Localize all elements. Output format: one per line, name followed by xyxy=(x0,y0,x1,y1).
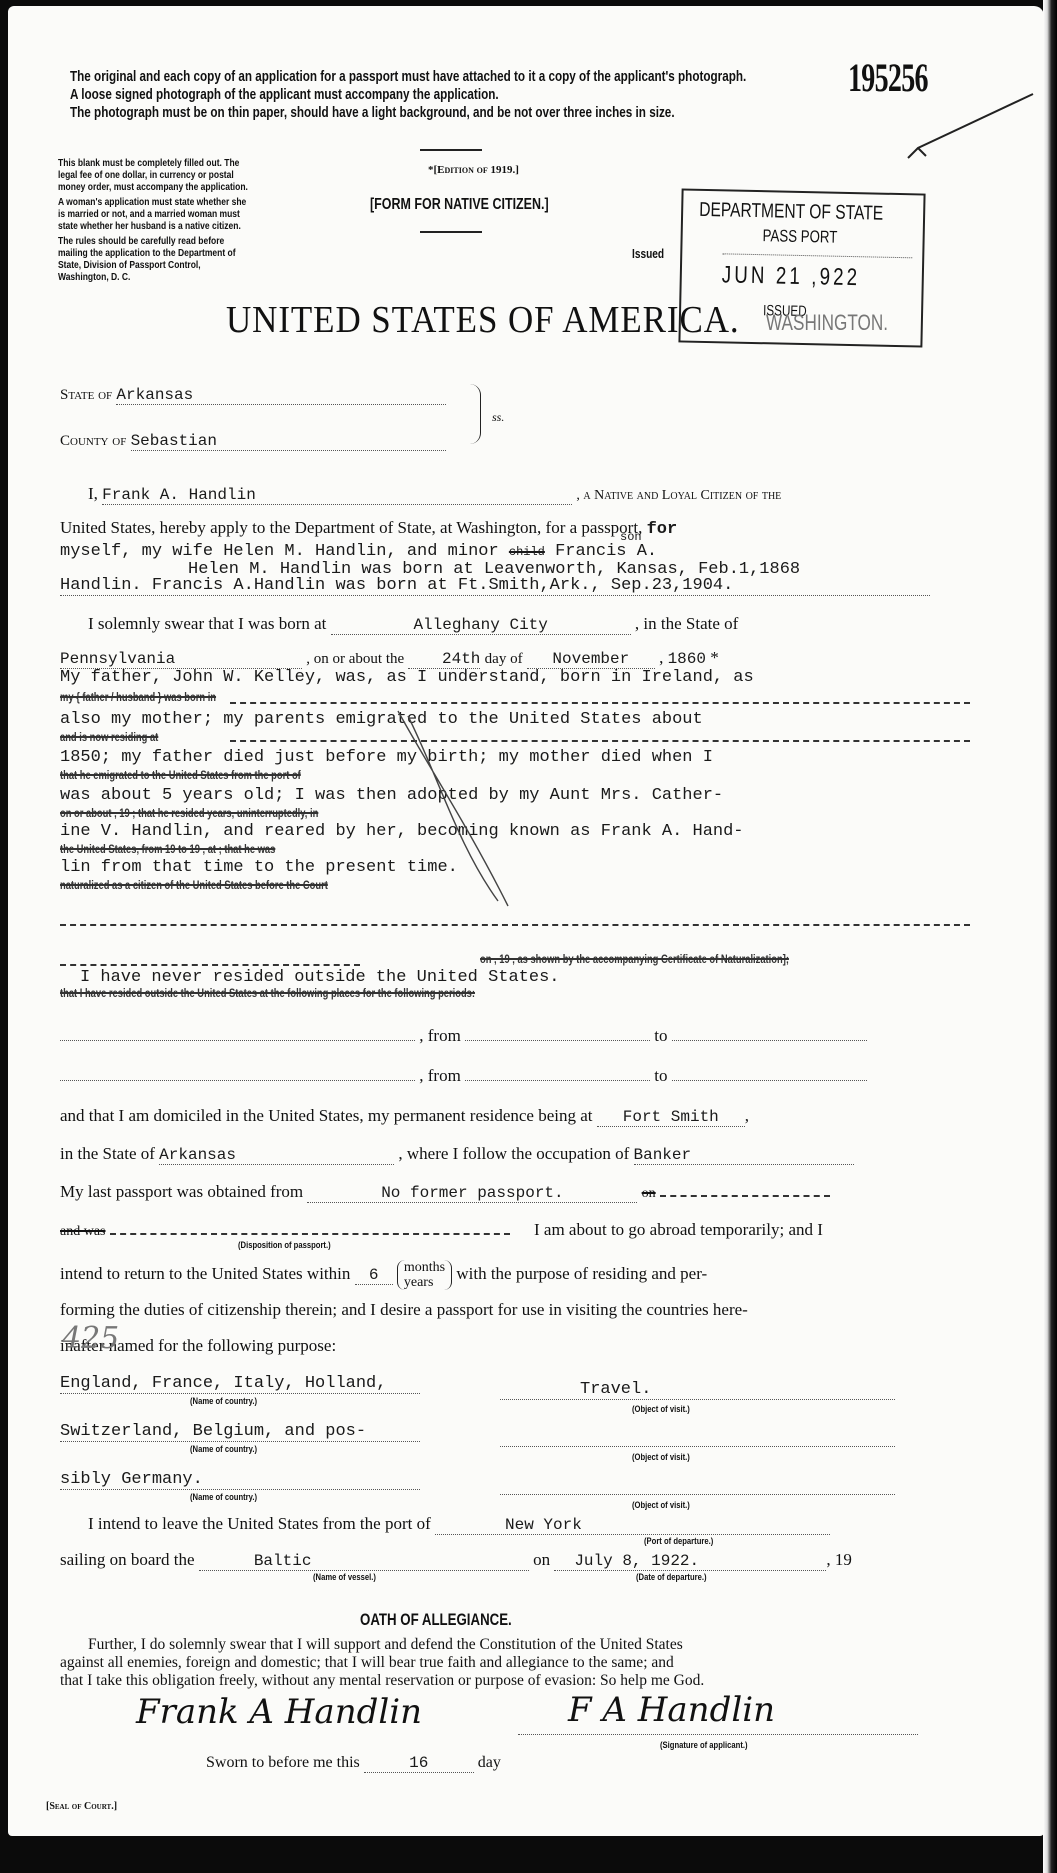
residence-row: , from to xyxy=(60,1026,867,1046)
instruction-text: This blank must be completely filled out… xyxy=(58,158,254,194)
apply-line: United States, hereby apply to the Depar… xyxy=(60,518,677,539)
on-about-text: , on or about the xyxy=(306,651,404,667)
edition-label: *[Edition of 1919.] xyxy=(428,164,519,176)
visit-object[interactable] xyxy=(500,1480,895,1495)
form-type: [FORM FOR NATIVE CITIZEN.] xyxy=(370,196,549,214)
citizen-text: , a Native and Loyal Citizen of the xyxy=(576,488,781,503)
state-label: in the State of xyxy=(60,1144,155,1163)
birth-year[interactable]: 1860 xyxy=(668,650,706,668)
country-caption: (Name of country.) xyxy=(190,1492,257,1502)
vessel-name[interactable]: Baltic xyxy=(199,1552,529,1571)
country-name[interactable]: sibly Germany. xyxy=(60,1470,420,1490)
residence-state[interactable]: Arkansas xyxy=(159,1146,394,1165)
to-label: to xyxy=(654,1026,667,1045)
struck-blank xyxy=(660,1195,830,1197)
struck-text: and was xyxy=(60,1224,106,1239)
country-caption: (Name of country.) xyxy=(190,1444,257,1454)
county-value[interactable]: Sebastian xyxy=(131,432,446,451)
footnote-mark: * xyxy=(710,648,719,667)
vessel-caption: (Name of vessel.) xyxy=(313,1572,376,1582)
county-field: County of Sebastian xyxy=(60,430,446,451)
typed-text: Francis A. xyxy=(555,542,657,561)
notice-line: The photograph must be on thin paper, sh… xyxy=(70,104,746,122)
departure-port[interactable]: New York xyxy=(435,1516,830,1535)
state-label: State of xyxy=(60,387,112,403)
brace xyxy=(470,384,481,444)
struck-form-text: that he emigrated to the United States f… xyxy=(60,768,301,782)
document-title: UNITED STATES OF AMERICA. xyxy=(226,298,740,342)
state-field: State of Arkansas xyxy=(60,384,446,405)
residence-place[interactable] xyxy=(60,1080,415,1081)
unit-months: months xyxy=(404,1260,445,1275)
struck-blank xyxy=(60,924,970,926)
port-line: I intend to leave the United States from… xyxy=(88,1514,830,1535)
birth-place[interactable]: Alleghany City xyxy=(331,616,631,635)
struck-form-text: my { father / husband } was born in xyxy=(60,690,216,704)
country-name[interactable]: England, France, Italy, Holland, xyxy=(60,1374,420,1394)
unit-years: years xyxy=(404,1275,445,1290)
stamp-line: PASS PORT xyxy=(762,226,837,248)
day-label: day xyxy=(478,1754,501,1771)
notice-line: A loose signed photograph of the applica… xyxy=(70,86,746,104)
issued-label: Issued xyxy=(632,246,664,261)
domicile-line: and that I am domiciled in the United St… xyxy=(60,1106,749,1127)
oath-line: against all enemies, foreign and domesti… xyxy=(60,1654,704,1672)
to-label: to xyxy=(654,1066,667,1085)
object-caption: (Object of visit.) xyxy=(632,1404,690,1414)
pen-stroke-mark xyxy=(878,86,1038,176)
instruction-text: A woman's application must state whether… xyxy=(58,197,254,233)
occupation-line: in the State of Arkansas , where I follo… xyxy=(60,1144,854,1165)
residence-from[interactable] xyxy=(465,1080,650,1081)
residence-to[interactable] xyxy=(672,1040,867,1041)
struck-form-text: and is now residing at xyxy=(60,730,158,744)
passport-application-page: The original and each copy of an applica… xyxy=(8,6,1044,1836)
visit-object[interactable] xyxy=(500,1432,895,1447)
stamp-city: WASHINGTON. xyxy=(766,310,888,336)
last-passport-line: My last passport was obtained from No fo… xyxy=(60,1182,830,1203)
typed-text: 1850; my father died just before my birt… xyxy=(60,748,713,767)
applicant-signature: Frank A Handlin xyxy=(136,1692,422,1732)
return-duration[interactable]: 6 xyxy=(355,1266,393,1285)
disposition-caption: (Disposition of passport.) xyxy=(238,1240,331,1250)
apply-text: United States, hereby apply to the Depar… xyxy=(60,518,642,537)
struck-text: on xyxy=(642,1186,656,1201)
applicant-signature-2: F A Handlin xyxy=(568,1690,775,1730)
from-label: , from xyxy=(419,1066,461,1085)
i-label: I, xyxy=(88,484,98,503)
divider xyxy=(420,149,482,151)
photo-notice: The original and each copy of an applica… xyxy=(70,68,746,122)
last-passport-label: My last passport was obtained from xyxy=(60,1182,303,1201)
typed-text: My father, John W. Kelley, was, as I und… xyxy=(60,668,754,687)
issued-line xyxy=(722,253,912,258)
state-value[interactable]: Arkansas xyxy=(116,386,446,405)
year-suffix: , 19 xyxy=(826,1550,852,1569)
divider xyxy=(420,231,482,233)
return-line: intend to return to the United States wi… xyxy=(60,1260,707,1290)
residence-to[interactable] xyxy=(672,1080,867,1081)
instructions-block: This blank must be completely filled out… xyxy=(58,158,254,284)
departure-date[interactable]: July 8, 1922. xyxy=(554,1552,826,1571)
residence-place[interactable] xyxy=(60,1040,415,1041)
object-caption: (Object of visit.) xyxy=(632,1452,690,1462)
oath-text: Further, I do solemnly swear that I will… xyxy=(60,1636,704,1690)
pen-scribble-mark xyxy=(388,706,528,916)
ss-label: ss. xyxy=(492,410,504,425)
sworn-text: Sworn to before me this xyxy=(206,1754,360,1771)
typed-text: for xyxy=(647,520,678,539)
typed-insert: son xyxy=(620,530,642,544)
oath-line: Further, I do solemnly swear that I will… xyxy=(60,1636,704,1654)
date-caption: (Date of departure.) xyxy=(636,1572,707,1582)
residence-row: , from to xyxy=(60,1066,867,1086)
on-text: on xyxy=(533,1550,550,1569)
port-text: I intend to leave the United States from… xyxy=(88,1514,431,1533)
day-of-text: day of xyxy=(485,651,523,667)
struck-form-text: on or about , 19 ; that he resided years… xyxy=(60,806,318,820)
typed-residence: I have never resided outside the United … xyxy=(80,968,559,987)
birth-month[interactable]: November xyxy=(527,650,655,669)
struck-form-text: naturalized as a citizen of the United S… xyxy=(60,878,328,892)
struck-blank xyxy=(230,740,970,742)
occupation-label: , where I follow the occupation of xyxy=(398,1144,629,1163)
sailing-text: sailing on board the xyxy=(60,1550,195,1569)
return-text: intend to return to the United States wi… xyxy=(60,1264,350,1283)
typed-text: myself, my wife Helen M. Handlin, and mi… xyxy=(60,542,499,561)
sworn-line: Sworn to before me this 16 day xyxy=(206,1754,501,1773)
birth-state[interactable]: Pennsylvania xyxy=(60,650,302,669)
residence-from[interactable] xyxy=(465,1040,650,1041)
domicile-text: and that I am domiciled in the United St… xyxy=(60,1106,593,1125)
stamp-line: DEPARTMENT OF STATE xyxy=(699,199,883,226)
disposition-line: and was I am about to go abroad temporar… xyxy=(60,1220,823,1240)
struck-form-text: the United States, from 19 to 19 , at ; … xyxy=(60,842,275,856)
residence-city[interactable]: Fort Smith xyxy=(597,1108,745,1127)
notice-line: The original and each copy of an applica… xyxy=(70,68,746,86)
from-label: , from xyxy=(419,1026,461,1045)
typed-applicants-line: myself, my wife Helen M. Handlin, and mi… xyxy=(60,542,657,561)
birth-day[interactable]: 24th xyxy=(408,650,480,669)
instruction-text: The rules should be carefully read befor… xyxy=(58,236,254,284)
struck-blank xyxy=(110,1233,510,1235)
struck-text: child xyxy=(509,545,545,559)
struck-blank xyxy=(230,702,970,704)
duties-text: forming the duties of citizenship therei… xyxy=(60,1300,748,1320)
struck-form-text: on , 19 , as shown by the accompanying C… xyxy=(480,952,789,966)
county-label: County of xyxy=(60,433,126,449)
oath-title: OATH OF ALLEGIANCE. xyxy=(360,1610,512,1630)
occupation-value[interactable]: Banker xyxy=(634,1146,854,1165)
sailing-line: sailing on board the Baltic on July 8, 1… xyxy=(60,1550,852,1571)
oath-line: that I take this obligation freely, with… xyxy=(60,1672,704,1690)
struck-blank xyxy=(60,964,360,966)
typed-text: also my mother; my parents emigrated to … xyxy=(60,710,703,729)
country-caption: (Name of country.) xyxy=(190,1396,257,1406)
object-caption: (Object of visit.) xyxy=(632,1500,690,1510)
signature-caption: (Signature of applicant.) xyxy=(660,1740,748,1750)
stamp-date: JUN 21 ,922 xyxy=(722,261,861,292)
margin-handwritten-number: 425 xyxy=(62,1321,119,1356)
swear-text: I solemnly swear that I was born at xyxy=(88,614,326,633)
applicant-line: I, Frank A. Handlin , a Native and Loyal… xyxy=(88,484,781,505)
sworn-day[interactable]: 16 xyxy=(364,1754,474,1773)
port-caption: (Port of departure.) xyxy=(644,1536,713,1546)
visit-object[interactable]: Travel. xyxy=(500,1380,895,1400)
last-passport-value[interactable]: No former passport. xyxy=(307,1184,637,1203)
signature-line xyxy=(518,1734,918,1735)
state-of-text: , in the State of xyxy=(635,614,738,633)
country-name[interactable]: Switzerland, Belgium, and pos- xyxy=(60,1422,420,1442)
applicant-name[interactable]: Frank A. Handlin xyxy=(102,486,572,505)
birth-date-line: Pennsylvania , on or about the 24th day … xyxy=(60,648,719,669)
abroad-text: I am about to go abroad temporarily; and… xyxy=(534,1220,823,1239)
typed-text: Handlin. Francis A.Handlin was born at F… xyxy=(60,576,930,596)
scan-edge xyxy=(1043,0,1057,1873)
birth-line: I solemnly swear that I was born at Alle… xyxy=(88,614,738,635)
purpose-text: with the purpose of residing and per- xyxy=(456,1264,707,1283)
struck-form-text: that I have resided outside the United S… xyxy=(60,986,475,1000)
